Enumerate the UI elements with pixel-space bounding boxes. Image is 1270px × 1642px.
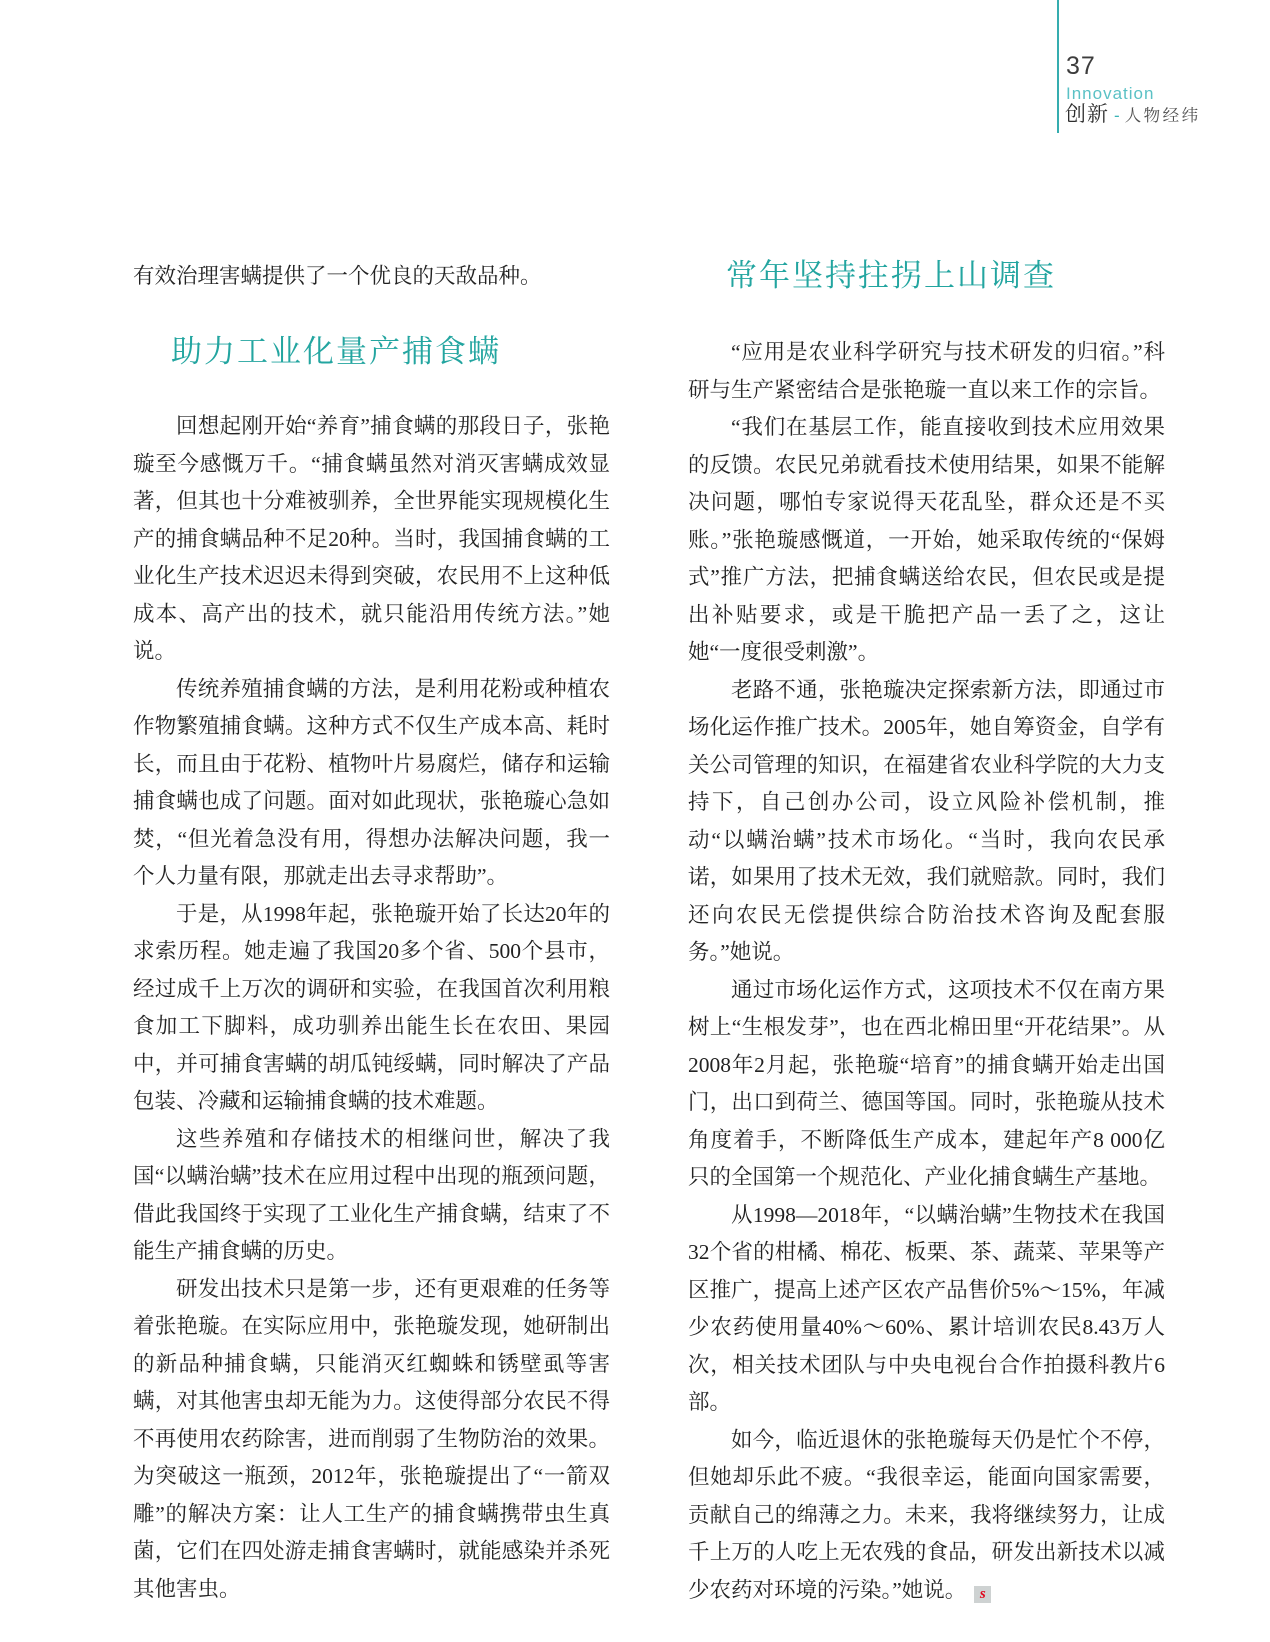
body-paragraph: 从1998—2018年，“以螨治螨”生物技术在我国32个省的柑橘、棉花、板栗、茶…: [688, 1197, 1165, 1422]
magazine-page: 37 Innovation 创新-人物经纬 有效治理害螨提供了一个优良的天敌品种…: [0, 0, 1270, 1642]
section-name-english: Innovation: [1066, 85, 1154, 102]
body-paragraph-last: 如今，临近退休的张艳璇每天仍是忙个不停，但她却乐此不疲。“我很幸运，能面向国家需…: [688, 1422, 1165, 1610]
left-section-heading: 助力工业化量产捕食螨: [133, 296, 610, 409]
body-paragraph: 这些养殖和存储技术的相继问世，解决了我国“以螨治螨”技术在应用过程中出现的瓶颈问…: [133, 1121, 610, 1271]
body-paragraph: “我们在基层工作，能直接收到技术应用效果的反馈。农民兄弟就看技术使用结果，如果不…: [688, 409, 1165, 672]
right-column: 常年坚持拄拐上山调查 “应用是农业科学研究与技术研发的归宿。”科研与生产紧密结合…: [688, 258, 1165, 1609]
body-paragraph: 于是，从1998年起，张艳璇开始了长达20年的求索历程。她走遍了我国20多个省、…: [133, 896, 610, 1121]
section-divider-dash: -: [1114, 106, 1120, 125]
section-name-chinese: 创新: [1065, 103, 1109, 126]
body-paragraph: “应用是农业科学研究与技术研发的归宿。”科研与生产紧密结合是张艳璇一直以来工作的…: [688, 334, 1165, 409]
article-end-mark: s: [974, 1586, 991, 1603]
right-section-heading: 常年坚持拄拐上山调查: [688, 258, 1165, 296]
paragraph-text: 如今，临近退休的张艳璇每天仍是忙个不停，但她却乐此不疲。“我很幸运，能面向国家需…: [688, 1428, 1165, 1602]
section-name-row: 创新-人物经纬: [1065, 104, 1201, 128]
left-column: 有效治理害螨提供了一个优良的天敌品种。 助力工业化量产捕食螨 回想起刚开始“养育…: [133, 258, 610, 1608]
body-paragraph: 通过市场化运作方式，这项技术不仅在南方果树上“生根发芽”，也在西北棉田里“开花结…: [688, 972, 1165, 1197]
body-paragraph: 研发出技术只是第一步，还有更艰难的任务等着张艳璇。在实际应用中，张艳璇发现，她研…: [133, 1271, 610, 1609]
page-number: 37: [1066, 54, 1096, 79]
body-paragraph: 老路不通，张艳璇决定探索新方法，即通过市场化运作推广技术。2005年，她自筹资金…: [688, 672, 1165, 972]
header-vertical-rule: [1057, 0, 1059, 133]
body-paragraph: 回想起刚开始“养育”捕食螨的那段日子，张艳璇至今感慨万千。“捕食螨虽然对消灭害螨…: [133, 408, 610, 671]
body-paragraph: 传统养殖捕食螨的方法，是利用花粉或种植农作物繁殖捕食螨。这种方式不仅生产成本高、…: [133, 671, 610, 896]
lead-paragraph: 有效治理害螨提供了一个优良的天敌品种。: [133, 258, 610, 296]
section-subtitle: 人物经纬: [1125, 107, 1201, 125]
